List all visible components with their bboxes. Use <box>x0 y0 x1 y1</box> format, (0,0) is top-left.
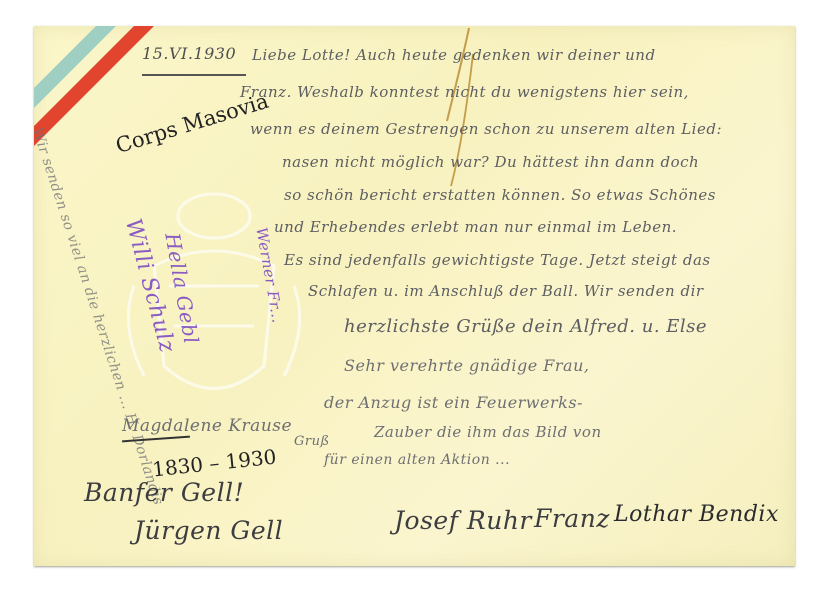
bottom-signature-3: Josef Ruhr <box>394 506 532 535</box>
letter-line-5: so schön bericht erstatten können. So et… <box>284 186 716 204</box>
signature-magdalena: Magdalene Krause <box>122 416 292 436</box>
bottom-signature-2: Jürgen Gell <box>134 516 283 545</box>
date-underline <box>142 74 246 76</box>
date-label: 15.VI.1930 <box>142 44 236 63</box>
letter-line-4: nasen nicht möglich war? Du hättest ihn … <box>282 153 699 171</box>
second-line-4: für einen alten Aktion ... <box>324 452 510 468</box>
bottom-signature-4: Franz <box>534 504 610 533</box>
letter-line-8: Schlafen u. im Anschluß der Ball. Wir se… <box>308 282 704 300</box>
letter-line-7: Es sind jedenfalls gewichtigste Tage. Je… <box>284 251 711 269</box>
bottom-signature-5: Lothar Bendix <box>614 502 779 527</box>
letter-line-1: Liebe Lotte! Auch heute gedenken wir dei… <box>252 46 656 64</box>
second-line-5: Gruß <box>294 434 330 449</box>
letter-line-9: herzlichste Grüße dein Alfred. u. Else <box>344 316 707 337</box>
letter-line-3: wenn es deinem Gestrengen schon zu unser… <box>250 120 722 138</box>
bottom-signature-1: Banfer Gell! <box>84 478 244 507</box>
second-line-2: der Anzug ist ein Feuerwerks- <box>324 393 583 412</box>
postcard: Corps Masovia 1830 – 1930 15.VI.1930 Lie… <box>34 26 795 566</box>
letter-line-6: und Erhebendes erlebt man nur einmal im … <box>274 218 677 236</box>
second-line-1: Sehr verehrte gnädige Frau, <box>344 356 589 375</box>
letter-line-2: Franz. Weshalb konntest nicht du wenigst… <box>240 83 689 101</box>
second-line-3: Zauber die ihm das Bild von <box>374 423 602 441</box>
years-label: 1830 – 1930 <box>151 445 277 482</box>
